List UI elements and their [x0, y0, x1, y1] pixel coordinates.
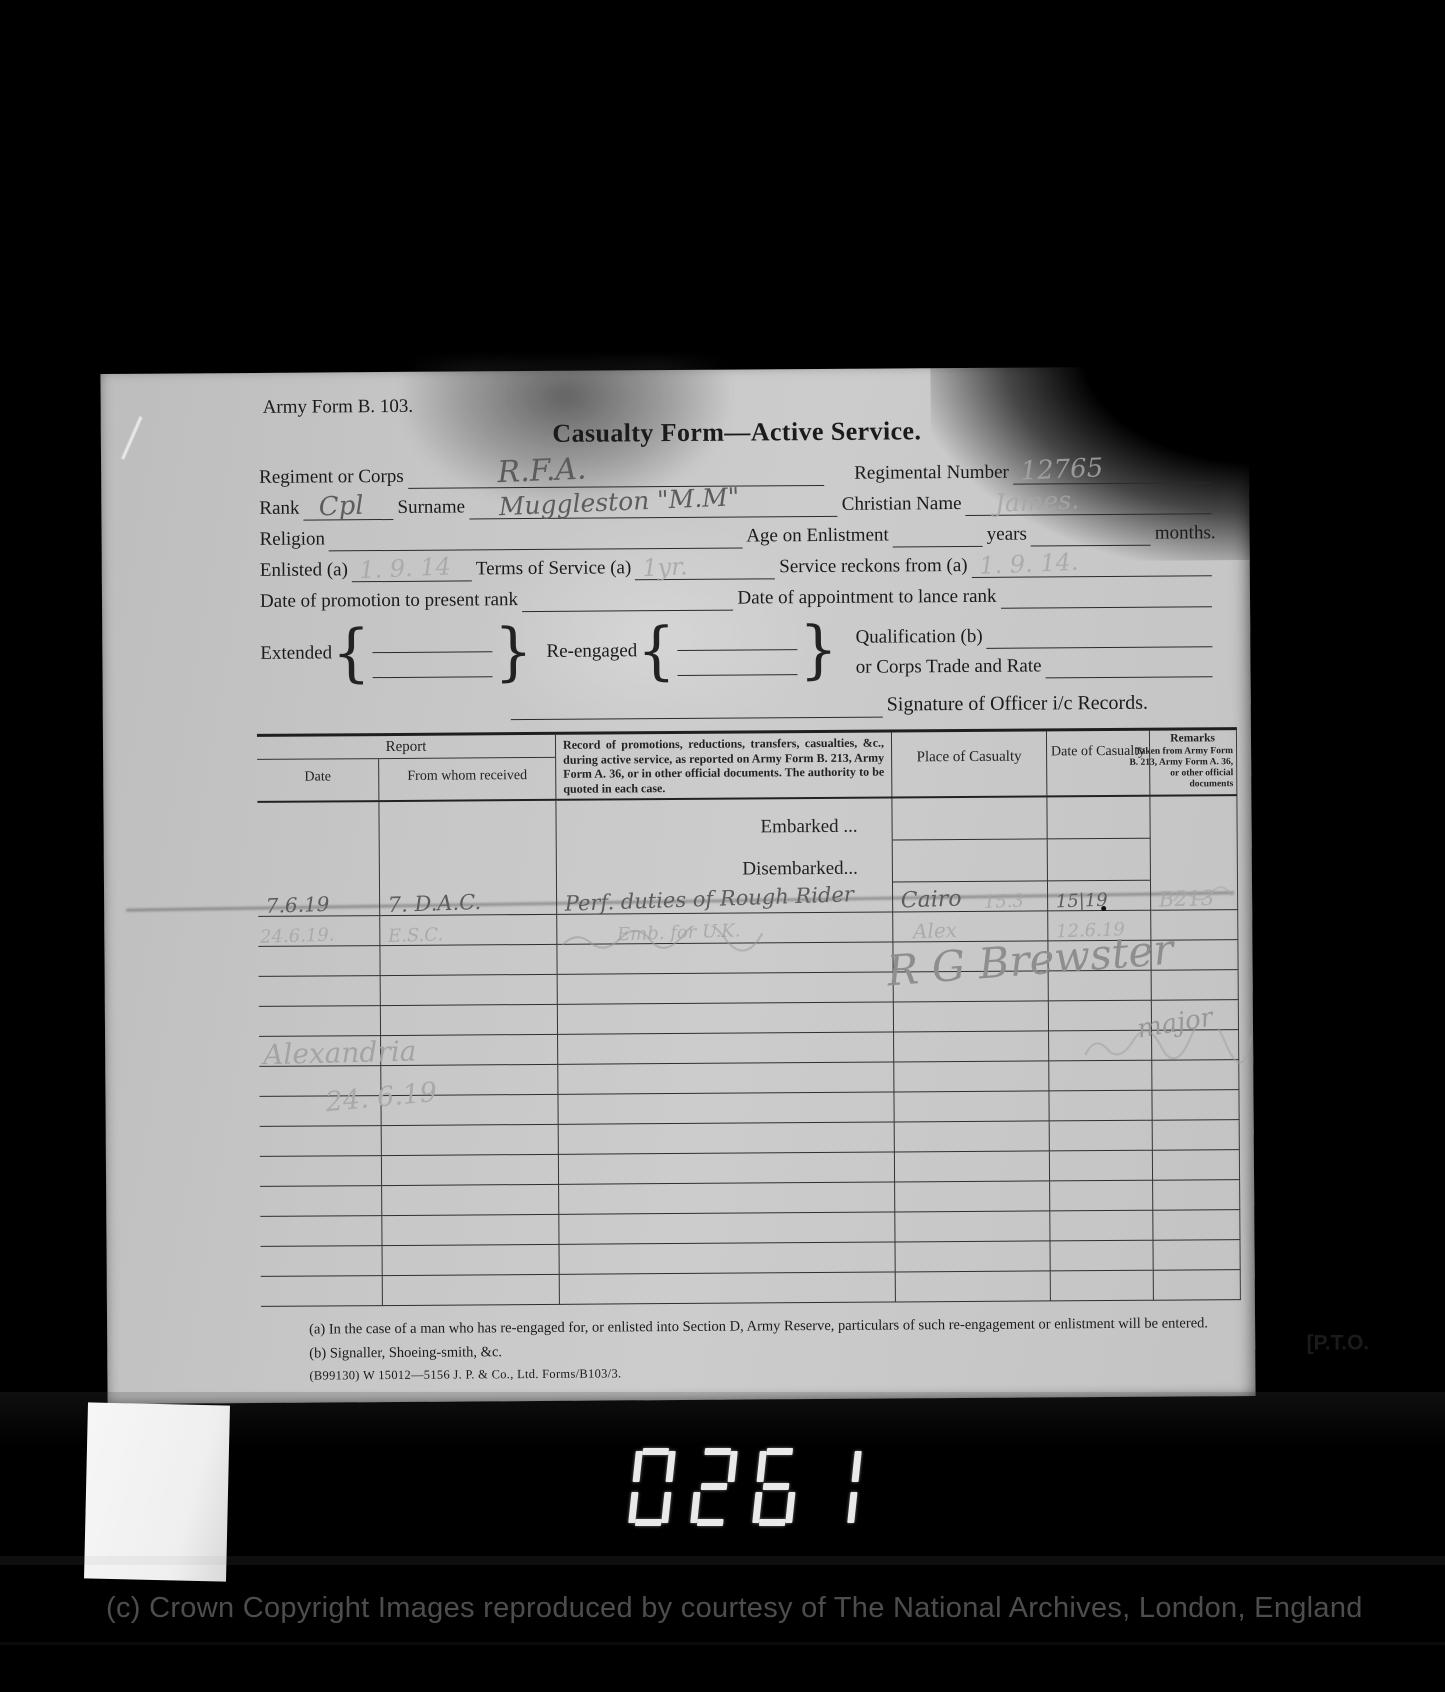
film-card	[84, 1402, 230, 1581]
footnotes: (a) In the case of a man who has re-enga…	[309, 1315, 1239, 1383]
remarks-header: Remarks Taken from Army Form B. 213, Arm…	[1150, 730, 1237, 795]
surname-label: Surname	[397, 496, 465, 519]
form-title: Casualty Form—Active Service.	[259, 414, 1215, 451]
entry1-remarks: B213	[1158, 886, 1214, 912]
signature-label: Signature of Officer i/c Records.	[887, 692, 1148, 718]
service-reckons-label: Service reckons from (a)	[779, 555, 967, 579]
rank-line: Cpl	[303, 493, 393, 521]
rank-label: Rank	[259, 498, 299, 521]
entry1-place: Cairo	[900, 886, 962, 913]
place-header: Place of Casualty	[892, 731, 1047, 796]
regimental-number-label: Regimental Number	[854, 462, 1009, 486]
entry2-casualty-date: 12.6.19	[1056, 919, 1125, 942]
terms-value: 1yr.	[642, 552, 688, 582]
entry2-record: Emb. for U.K.	[617, 920, 741, 945]
age-months-line	[1031, 519, 1151, 547]
lance-line	[1000, 580, 1212, 608]
age-label: Age on Enlistment	[746, 525, 889, 549]
form-content: Army Form B. 103. Casualty Form—Active S…	[100, 366, 1255, 1404]
surname-line: Muggleston "M.M"	[469, 490, 838, 520]
entry1-from: 7. D.A.C.	[387, 890, 481, 917]
entry1-casualty-date: 15|19	[1056, 890, 1109, 913]
qualification-line	[987, 620, 1213, 649]
entry2-date: 24.6.19.	[260, 924, 335, 947]
embarked-label: Embarked ...	[557, 816, 892, 843]
lance-label: Date of appointment to lance rank	[737, 586, 996, 611]
table-row-disembarked: Disembarked...	[258, 838, 1238, 887]
close-brace-2: }	[799, 620, 838, 679]
ink-dot	[1101, 906, 1106, 911]
rank-value: Cpl	[318, 491, 364, 523]
enlisted-label: Enlisted (a)	[260, 559, 348, 583]
enlisted-line: 1. 9. 14	[352, 554, 472, 582]
disembarked-label: Disembarked...	[557, 858, 892, 885]
re-engaged-label: Re-engaged	[546, 640, 637, 664]
table-row-empty	[261, 1270, 1241, 1307]
religion-label: Religion	[260, 528, 326, 551]
terms-label: Terms of Service (a)	[476, 557, 632, 581]
regimental-number-value: 12765	[1020, 453, 1104, 486]
extended-label: Extended	[260, 642, 332, 666]
footnote-b: (b) Signaller, Shoeing-smith, &c.	[309, 1344, 502, 1362]
signature-row: Signature of Officer i/c Records.	[261, 683, 1217, 722]
service-reckons-value: 1. 9. 14.	[979, 548, 1079, 580]
entry1-date: 7.6.19	[265, 892, 329, 918]
film-streak	[0, 1556, 1445, 1565]
qualification-label: Qualification (b)	[855, 626, 982, 650]
copyright-watermark: (c) Crown Copyright Images reproduced by…	[106, 1592, 1436, 1625]
paper-document: Army Form B. 103. Casualty Form—Active S…	[100, 366, 1255, 1404]
christian-name-line: James.	[965, 487, 1211, 516]
extended-block: Extended { } Re-engaged { } Qualificatio…	[260, 613, 1216, 688]
years-label: years	[987, 524, 1027, 547]
regimental-number-line: 12765	[1013, 456, 1211, 484]
microfilm-scan-frame: Army Form B. 103. Casualty Form—Active S…	[0, 0, 1445, 1692]
printer-imprint: (B99130) W 15012—5156 J. P. & Co., Ltd. …	[309, 1362, 1239, 1383]
regiment-line: R.F.A.	[408, 459, 825, 489]
close-brace: }	[494, 623, 533, 682]
religion-line	[329, 522, 742, 552]
promotion-line	[522, 584, 734, 612]
corps-trade-label: or Corps Trade and Rate	[856, 655, 1042, 679]
frame-counter	[632, 1448, 858, 1526]
months-label: months.	[1155, 522, 1216, 545]
extended-lines	[372, 627, 492, 678]
corps-trade-line	[1045, 650, 1212, 678]
report-header-group: Report Date From whom received	[257, 735, 556, 801]
table-row-embarked: Embarked ...	[257, 796, 1237, 845]
pto-label: [P.T.O.	[1306, 1331, 1369, 1355]
signature-line	[511, 691, 883, 721]
enlisted-value: 1. 9. 14	[359, 552, 452, 584]
report-header: Report	[257, 735, 555, 760]
terms-line: 1yr.	[635, 552, 775, 580]
from-header: From whom received	[379, 758, 555, 800]
service-reckons-line: 1. 9. 14.	[971, 549, 1211, 578]
christian-name-label: Christian Name	[842, 493, 962, 517]
casualty-table: Report Date From whom received Record of…	[257, 727, 1241, 1307]
entry2-from: E.S.C.	[388, 924, 444, 947]
entry2-place: Alex	[913, 918, 958, 943]
promotion-label: Date of promotion to present rank	[260, 589, 518, 614]
film-streak	[0, 1642, 1445, 1645]
regiment-label: Regiment or Corps	[259, 466, 404, 490]
entry1-record: Perf. duties of Rough Rider	[564, 882, 854, 916]
table-header: Report Date From whom received Record of…	[257, 730, 1237, 803]
age-years-line	[893, 520, 983, 548]
qualification-column: Qualification (b) or Corps Trade and Rat…	[855, 617, 1216, 680]
open-brace: {	[332, 624, 371, 683]
open-brace-2: {	[637, 622, 676, 681]
date-header: Date	[257, 759, 379, 801]
christian-name-value: James.	[994, 485, 1079, 518]
re-engaged-lines	[677, 625, 797, 676]
record-header: Record of promotions, reductions, transf…	[556, 733, 892, 799]
entry1-place-note: 15.3	[983, 891, 1024, 913]
regiment-value: R.F.A.	[496, 452, 586, 491]
